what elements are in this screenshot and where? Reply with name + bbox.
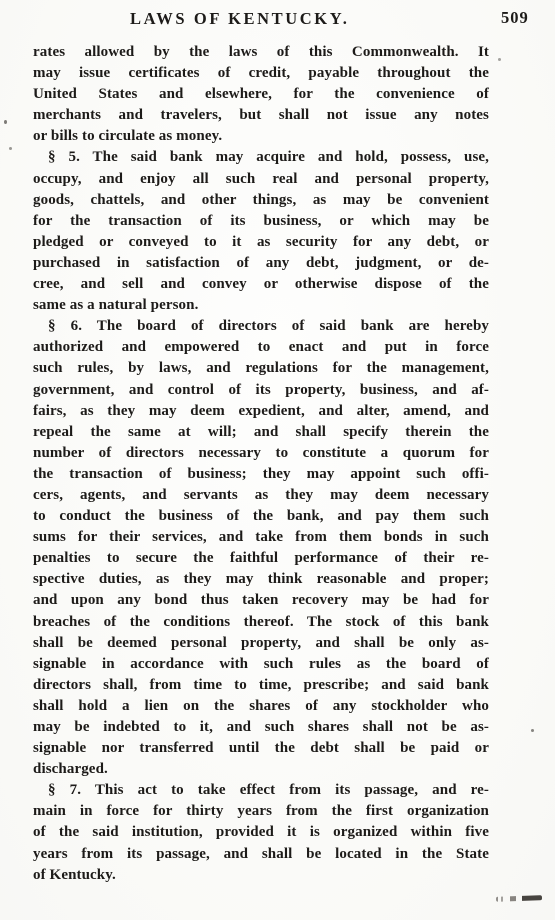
- text-line: merchants and travelers, but shall not i…: [33, 105, 489, 126]
- section-7-paragraph: § 7. This act to take effect from its pa…: [33, 780, 489, 885]
- text-line: pledged or conveyed to it as security fo…: [33, 232, 489, 253]
- text-line: years from its passage, and shall be loc…: [33, 844, 489, 865]
- text-line: signable nor transferred until the debt …: [33, 738, 489, 759]
- text-line: and upon any bond thus taken recovery ma…: [33, 590, 489, 611]
- text-line: government, and control of its property,…: [33, 380, 489, 401]
- section-6-paragraph: § 6. The board of directors of said bank…: [33, 316, 489, 780]
- scan-artifact: [9, 147, 12, 150]
- text-line: § 7. This act to take effect from its pa…: [33, 780, 489, 801]
- text-line: of the said institution, provided it is …: [33, 822, 489, 843]
- text-line: for the transaction of its business, or …: [33, 211, 489, 232]
- text-line: directors shall, from time to time, pres…: [33, 675, 489, 696]
- scan-artifact: [498, 58, 501, 61]
- page-number: 509: [501, 8, 529, 28]
- body-text: rates allowed by the laws of this Common…: [33, 42, 489, 886]
- scanned-book-page: LAWS OF KENTUCKY. 509 rates allowed by t…: [0, 0, 555, 920]
- text-line: breaches of the conditions thereof. The …: [33, 612, 489, 633]
- text-line: occupy, and enjoy all such real and pers…: [33, 169, 489, 190]
- section-5-paragraph: § 5. The said bank may acquire and hold,…: [33, 147, 489, 316]
- text-line: authorized and empowered to enact and pu…: [33, 337, 489, 358]
- scan-artifact: [531, 729, 534, 732]
- text-line: penalties to secure the faithful perform…: [33, 548, 489, 569]
- text-line: spective duties, as they may think reaso…: [33, 569, 489, 590]
- text-line: purchased in satisfaction of any debt, j…: [33, 253, 489, 274]
- continuation-paragraph: rates allowed by the laws of this Common…: [33, 42, 489, 147]
- text-line: § 5. The said bank may acquire and hold,…: [33, 147, 489, 168]
- text-line: signable in accordance with such rules a…: [33, 654, 489, 675]
- text-line: cree, and sell and convey or otherwise d…: [33, 274, 489, 295]
- text-line: discharged.: [33, 759, 489, 780]
- text-line: goods, chattels, and other things, as ma…: [33, 190, 489, 211]
- text-line: same as a natural person.: [33, 295, 489, 316]
- text-line: may be indebted to it, and such shares s…: [33, 717, 489, 738]
- text-line: the transaction of business; they may ap…: [33, 464, 489, 485]
- text-line: cers, agents, and servants as they may d…: [33, 485, 489, 506]
- running-title: LAWS OF KENTUCKY.: [130, 9, 349, 29]
- text-line: main in force for thirty years from the …: [33, 801, 489, 822]
- text-line: such rules, by laws, and regulations for…: [33, 358, 489, 379]
- text-line: of Kentucky.: [33, 865, 489, 886]
- scan-artifact: [4, 120, 7, 124]
- text-line: § 6. The board of directors of said bank…: [33, 316, 489, 337]
- text-line: rates allowed by the laws of this Common…: [33, 42, 489, 63]
- text-line: number of directors necessary to constit…: [33, 443, 489, 464]
- text-line: to conduct the business of the bank, and…: [33, 506, 489, 527]
- text-line: may issue certificates of credit, payabl…: [33, 63, 489, 84]
- text-line: or bills to circulate as money.: [33, 126, 489, 147]
- text-line: shall be deemed personal property, and s…: [33, 633, 489, 654]
- text-line: sums for their services, and take from t…: [33, 527, 489, 548]
- scan-smudge: [496, 895, 542, 902]
- text-line: shall hold a lien on the shares of any s…: [33, 696, 489, 717]
- text-line: United States and elsewhere, for the con…: [33, 84, 489, 105]
- text-line: fairs, as they may deem expedient, and a…: [33, 401, 489, 422]
- text-line: repeal the same at will; and shall speci…: [33, 422, 489, 443]
- page-header: LAWS OF KENTUCKY. 509: [0, 6, 555, 32]
